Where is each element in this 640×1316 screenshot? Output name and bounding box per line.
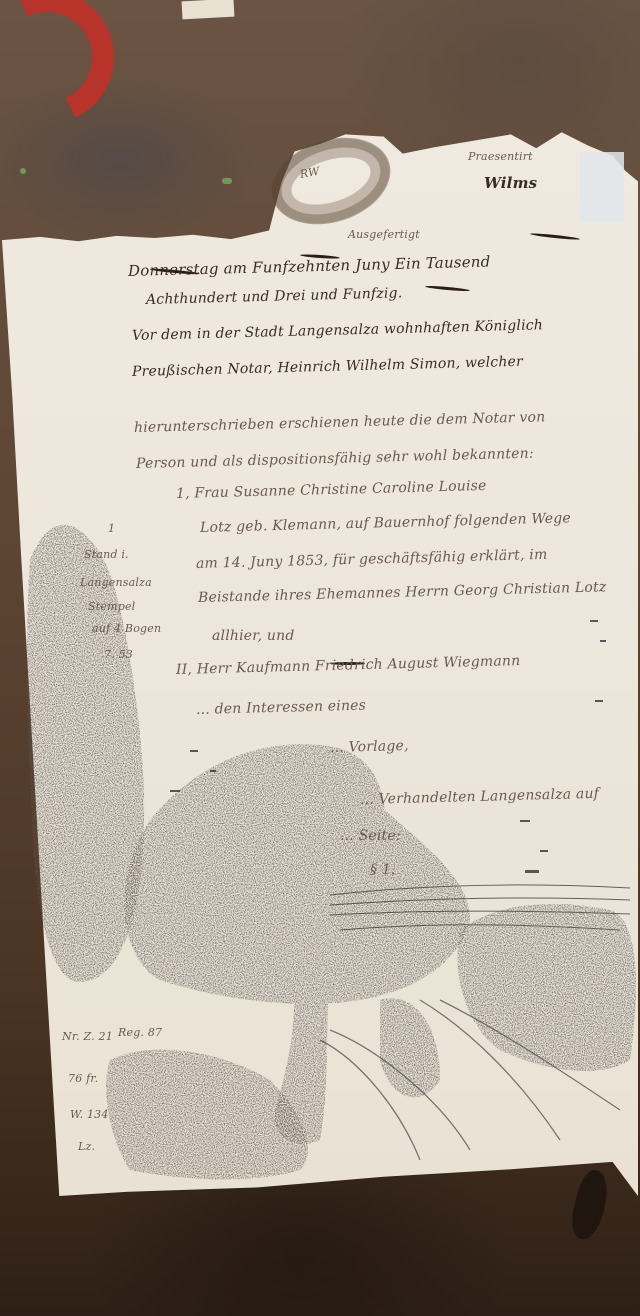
tape-strip bbox=[580, 152, 624, 222]
margin-note: 1 bbox=[108, 522, 115, 535]
margin-note: Langensalza bbox=[80, 576, 152, 589]
sub-heading: Ausgefertigt bbox=[348, 228, 420, 241]
document-line: ... Vorlage, bbox=[330, 738, 409, 756]
green-fleck bbox=[222, 178, 232, 184]
paper-scrap bbox=[182, 0, 235, 19]
green-fleck bbox=[20, 168, 26, 174]
footer-note: 76 fr. bbox=[68, 1072, 98, 1085]
margin-note: Stand i. bbox=[84, 548, 129, 561]
margin-note: auf 4 Bogen bbox=[92, 622, 161, 635]
document-line: allhier, und bbox=[212, 628, 295, 644]
margin-note: 7. 53 bbox=[104, 648, 133, 661]
footer-note: Nr. Z. 21 bbox=[62, 1030, 113, 1043]
footer-note: Lz. bbox=[78, 1140, 95, 1153]
document-line: § 1. bbox=[370, 862, 396, 878]
top-right-note: Praesentirt bbox=[468, 150, 533, 163]
margin-note: Stempel bbox=[88, 600, 135, 613]
document-line: ... Seite: bbox=[340, 828, 401, 844]
footer-note: W. 134 bbox=[70, 1108, 109, 1121]
footer-note: Reg. 87 bbox=[118, 1026, 162, 1039]
top-right-name: Wilms bbox=[484, 174, 537, 192]
